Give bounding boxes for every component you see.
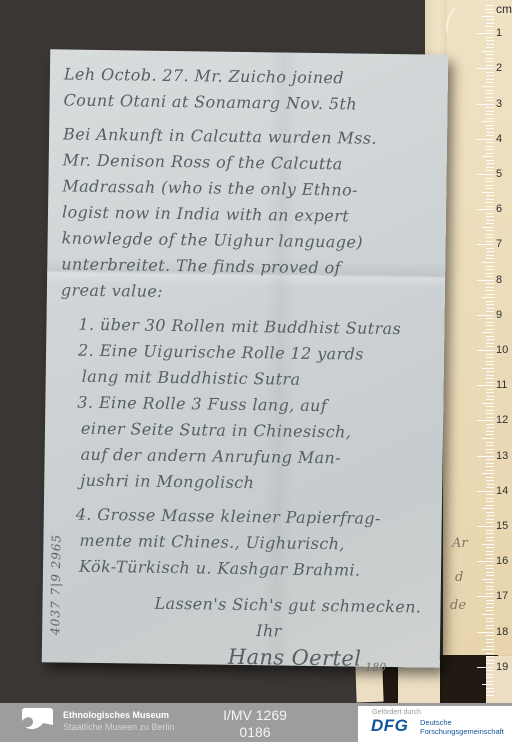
ruler-tick	[486, 695, 494, 696]
signature-annotation: 180	[365, 661, 386, 674]
ruler-tick	[486, 607, 494, 608]
ruler-tick	[486, 642, 494, 643]
ruler-tick	[486, 396, 494, 397]
ruler-tick	[482, 403, 494, 404]
dfg-full-name: Deutsche Forschungsgemeinschaft	[420, 718, 504, 736]
ruler-tick	[486, 79, 494, 80]
ruler-tick	[486, 234, 494, 235]
ruler-tick	[486, 551, 494, 552]
ruler-tick	[486, 674, 494, 675]
ruler-tick	[486, 5, 494, 6]
ruler-tick	[477, 561, 494, 562]
ruler-tick	[486, 452, 494, 453]
ruler-tick	[486, 167, 494, 168]
ruler-tick	[486, 681, 494, 682]
ruler-tick	[486, 618, 494, 619]
letter-line: jushri in Mongolisch	[80, 468, 442, 499]
letter-line: Ihr	[256, 618, 440, 647]
ruler-number: 16	[496, 555, 512, 567]
ruler-tick	[486, 519, 494, 520]
ruler-tick	[486, 223, 494, 224]
ruler-tick	[486, 593, 494, 594]
ruler-tick	[486, 621, 494, 622]
ruler-tick	[486, 361, 494, 362]
ruler-tick	[477, 280, 494, 281]
ruler-tick	[486, 230, 494, 231]
ruler-tick	[486, 9, 494, 10]
ruler-tick	[486, 23, 494, 24]
ruler-tick	[486, 283, 494, 284]
scan-viewer: cm 12345678910111213141516171819 Leh Oct…	[0, 0, 512, 742]
ruler-tick	[486, 382, 494, 383]
ruler-tick	[486, 427, 494, 428]
ruler-tick	[486, 691, 494, 692]
ruler-tick	[486, 273, 494, 274]
ruler-tick	[486, 93, 494, 94]
ruler-tick	[486, 660, 494, 661]
ruler-tick	[486, 318, 494, 319]
ruler-tick	[486, 26, 494, 27]
ruler-tick	[482, 192, 494, 193]
sheet-number: 0186	[175, 724, 335, 741]
ruler-tick	[486, 480, 494, 481]
ruler-tick	[486, 339, 494, 340]
ruler-number: 15	[496, 520, 512, 532]
ruler-tick	[486, 58, 494, 59]
ruler-tick	[486, 44, 494, 45]
ruler-tick	[486, 501, 494, 502]
letter-text: Leh Octob. 27. Mr. Zuicho joinedCount Ot…	[42, 53, 449, 682]
ruler-tick	[486, 392, 494, 393]
ruler-tick	[482, 438, 494, 439]
ruler-tick	[486, 470, 494, 471]
ruler-tick	[486, 558, 494, 559]
ruler-tick	[486, 515, 494, 516]
ruler-tick	[477, 596, 494, 597]
ruler-tick	[486, 431, 494, 432]
ruler-tick	[486, 12, 494, 13]
ruler-tick	[482, 473, 494, 474]
ruler-tick	[486, 135, 494, 136]
ruler-tick	[486, 600, 494, 601]
ruler-tick	[482, 51, 494, 52]
ruler-tick	[477, 667, 494, 668]
ruler-tick	[482, 86, 494, 87]
ruler-tick	[486, 37, 494, 38]
ruler-number: 8	[496, 274, 512, 286]
ruler-tick	[482, 16, 494, 17]
ruler-tick	[482, 579, 494, 580]
ruler-tick	[486, 199, 494, 200]
footer-bar: Ethnologisches Museum Staatliche Museen …	[0, 703, 512, 742]
ruler-tick	[486, 371, 494, 372]
ruler-tick	[486, 442, 494, 443]
ruler-tick	[486, 505, 494, 506]
ruler-tick	[486, 572, 494, 573]
ruler-tick	[477, 632, 494, 633]
ruler-tick	[486, 494, 494, 495]
ruler-tick	[486, 19, 494, 20]
ruler-tick	[486, 90, 494, 91]
ruler-tick	[486, 72, 494, 73]
ruler-tick	[486, 163, 494, 164]
ruler-tick	[482, 649, 494, 650]
ruler-tick	[486, 118, 494, 119]
ruler-tick	[482, 614, 494, 615]
ruler-tick	[486, 646, 494, 647]
ruler-tick	[486, 294, 494, 295]
dfg-panel: Gefördert durch DFG Deutsche Forschungsg…	[358, 706, 512, 742]
ruler-tick	[486, 445, 494, 446]
ruler-tick	[486, 568, 494, 569]
ruler-tick	[486, 635, 494, 636]
ruler-tick	[477, 139, 494, 140]
ruler-tick	[486, 276, 494, 277]
ruler-tick	[486, 603, 494, 604]
edge-text-fragment: d	[455, 570, 463, 585]
ruler-tick	[486, 346, 494, 347]
ruler-tick	[486, 677, 494, 678]
ruler-number: 2	[496, 62, 512, 74]
ruler-tick	[486, 107, 494, 108]
ruler-tick	[486, 128, 494, 129]
ruler-tick	[482, 368, 494, 369]
ruler-tick	[486, 688, 494, 689]
ruler-number: 3	[496, 98, 512, 110]
ruler-tick	[486, 241, 494, 242]
ruler-tick	[477, 244, 494, 245]
ruler-tick	[486, 188, 494, 189]
ruler-tick	[486, 487, 494, 488]
ruler-tick	[486, 656, 494, 657]
ruler-tick	[486, 575, 494, 576]
ruler-tick	[486, 354, 494, 355]
ruler-tick	[486, 97, 494, 98]
letter-page: Leh Octob. 27. Mr. Zuicho joinedCount Ot…	[42, 49, 449, 667]
ruler-tick	[486, 125, 494, 126]
ruler-number: 1	[496, 27, 512, 39]
funding-note: Gefördert durch	[372, 709, 421, 716]
ruler-tick	[482, 156, 494, 157]
ruler-tick	[486, 149, 494, 150]
ruler-tick	[482, 227, 494, 228]
inventory-number: I/MV 1269	[175, 707, 335, 724]
ruler-tick	[486, 304, 494, 305]
ruler-tick	[486, 533, 494, 534]
letter-line: Count Otani at Sonamarg Nov. 5th	[63, 87, 447, 118]
ruler-tick	[477, 68, 494, 69]
ruler-tick	[486, 65, 494, 66]
ruler-tick	[486, 364, 494, 365]
ruler-tick	[486, 610, 494, 611]
ruler-tick	[486, 357, 494, 358]
ruler-number: 10	[496, 344, 512, 356]
ruler-tick	[486, 336, 494, 337]
ruler-tick	[486, 484, 494, 485]
museum-logo	[22, 708, 53, 737]
ruler-tick	[477, 174, 494, 175]
ruler-tick	[486, 512, 494, 513]
ruler-tick	[486, 547, 494, 548]
ruler-number: 6	[496, 203, 512, 215]
ruler-number: 14	[496, 485, 512, 497]
ruler-tick	[486, 522, 494, 523]
ruler-tick	[486, 287, 494, 288]
ruler-number: 12	[496, 414, 512, 426]
letter-line: great value:	[61, 277, 445, 308]
ruler-tick	[477, 491, 494, 492]
ruler-tick	[477, 350, 494, 351]
ruler-tick	[486, 255, 494, 256]
ruler-tick	[486, 466, 494, 467]
ruler-tick	[486, 47, 494, 48]
ruler-number: 13	[496, 450, 512, 462]
letter-line: Lassen's Sich's gut schmecken.	[154, 591, 440, 621]
ruler-tick	[486, 463, 494, 464]
inventory-block: I/MV 1269 0186	[175, 707, 335, 741]
dfg-logo: DFG	[371, 716, 408, 736]
ruler-tick	[486, 220, 494, 221]
ruler-tick	[486, 142, 494, 143]
letter-line: Hans Oertel180	[228, 644, 440, 682]
ruler-tick	[486, 586, 494, 587]
ruler-number: 18	[496, 626, 512, 638]
museum-title-block: Ethnologisches Museum Staatliche Museen …	[63, 709, 175, 733]
ruler-tick	[486, 213, 494, 214]
ruler-number: 11	[496, 379, 512, 391]
margin-inventory-note: 4037 7|9 2965	[48, 509, 64, 659]
ruler-tick	[486, 540, 494, 541]
ruler-tick	[486, 565, 494, 566]
ruler-tick	[486, 459, 494, 460]
ruler-tick	[482, 297, 494, 298]
ruler-tick	[477, 526, 494, 527]
ruler-tick	[486, 413, 494, 414]
ruler-tick	[486, 410, 494, 411]
ruler-tick	[477, 315, 494, 316]
ruler-tick	[486, 269, 494, 270]
ruler-number: 4	[496, 133, 512, 145]
ruler-tick	[486, 498, 494, 499]
ruler-tick	[486, 153, 494, 154]
ruler-tick	[486, 329, 494, 330]
ruler-tick	[486, 132, 494, 133]
ruler-tick	[486, 375, 494, 376]
ruler-tick	[486, 290, 494, 291]
ruler-tick	[486, 449, 494, 450]
ruler-tick	[486, 160, 494, 161]
ruler-tick	[486, 537, 494, 538]
edge-text-fragment: de	[450, 598, 466, 613]
ruler-unit-label: cm	[496, 2, 512, 16]
ruler-number: 9	[496, 309, 512, 321]
ruler-tick	[486, 30, 494, 31]
ruler-tick	[486, 178, 494, 179]
ruler-tick	[486, 653, 494, 654]
ruler-tick	[477, 104, 494, 105]
ruler-tick	[486, 54, 494, 55]
ruler-tick	[486, 75, 494, 76]
ruler-tick	[477, 33, 494, 34]
ruler-tick	[482, 262, 494, 263]
ruler-tick	[486, 206, 494, 207]
ruler-tick	[486, 216, 494, 217]
museum-name: Ethnologisches Museum	[63, 709, 175, 721]
ruler-tick	[482, 544, 494, 545]
ruler-tick	[482, 332, 494, 333]
ruler-tick	[486, 185, 494, 186]
ruler-tick	[486, 389, 494, 390]
ruler-tick	[486, 181, 494, 182]
ruler-tick	[486, 237, 494, 238]
ruler-tick	[486, 589, 494, 590]
ruler-tick	[486, 554, 494, 555]
ruler-tick	[486, 322, 494, 323]
letter-line: Kök-Türkisch u. Kashgar Brahmi.	[79, 554, 441, 585]
ruler-tick	[486, 639, 494, 640]
museum-subtitle: Staatliche Museen zu Berlin	[63, 721, 175, 733]
ruler-tick	[486, 301, 494, 302]
edge-text-fragment: Ar	[452, 536, 468, 551]
ruler-tick	[486, 100, 494, 101]
ruler-tick	[486, 146, 494, 147]
ruler-tick	[486, 628, 494, 629]
ruler-tick	[486, 248, 494, 249]
ruler-tick	[486, 399, 494, 400]
ruler-tick	[486, 82, 494, 83]
ruler-tick	[477, 385, 494, 386]
ruler-tick	[477, 209, 494, 210]
ruler-tick	[486, 40, 494, 41]
ruler-tick	[486, 114, 494, 115]
ruler-tick	[486, 325, 494, 326]
ruler-tick	[482, 121, 494, 122]
ruler-tick	[486, 308, 494, 309]
ruler-tick	[486, 670, 494, 671]
ruler-tick	[486, 406, 494, 407]
ruler-tick	[486, 477, 494, 478]
ruler-tick	[486, 61, 494, 62]
ruler-tick	[477, 456, 494, 457]
cm-ruler: cm 12345678910111213141516171819	[460, 0, 512, 702]
ruler-tick	[486, 258, 494, 259]
ruler-tick	[486, 343, 494, 344]
ruler-tick	[486, 625, 494, 626]
ruler-tick	[486, 311, 494, 312]
ruler-tick	[486, 266, 494, 267]
ruler-tick	[486, 417, 494, 418]
ruler-tick	[482, 508, 494, 509]
ruler-tick	[486, 663, 494, 664]
ruler-tick	[486, 111, 494, 112]
ruler-number: 5	[496, 168, 512, 180]
ruler-tick	[486, 378, 494, 379]
ruler-tick	[486, 251, 494, 252]
ruler-number: 7	[496, 238, 512, 250]
ruler-tick	[482, 684, 494, 685]
ruler-tick	[486, 195, 494, 196]
ruler-tick	[486, 434, 494, 435]
ruler-tick	[486, 582, 494, 583]
ruler-tick	[486, 170, 494, 171]
ruler-tick	[486, 202, 494, 203]
ruler-tick	[486, 424, 494, 425]
ruler-tick	[477, 420, 494, 421]
ruler-tick	[486, 530, 494, 531]
museum-logo-icon	[22, 708, 53, 737]
ruler-number: 17	[496, 590, 512, 602]
ruler-number: 19	[496, 661, 512, 673]
